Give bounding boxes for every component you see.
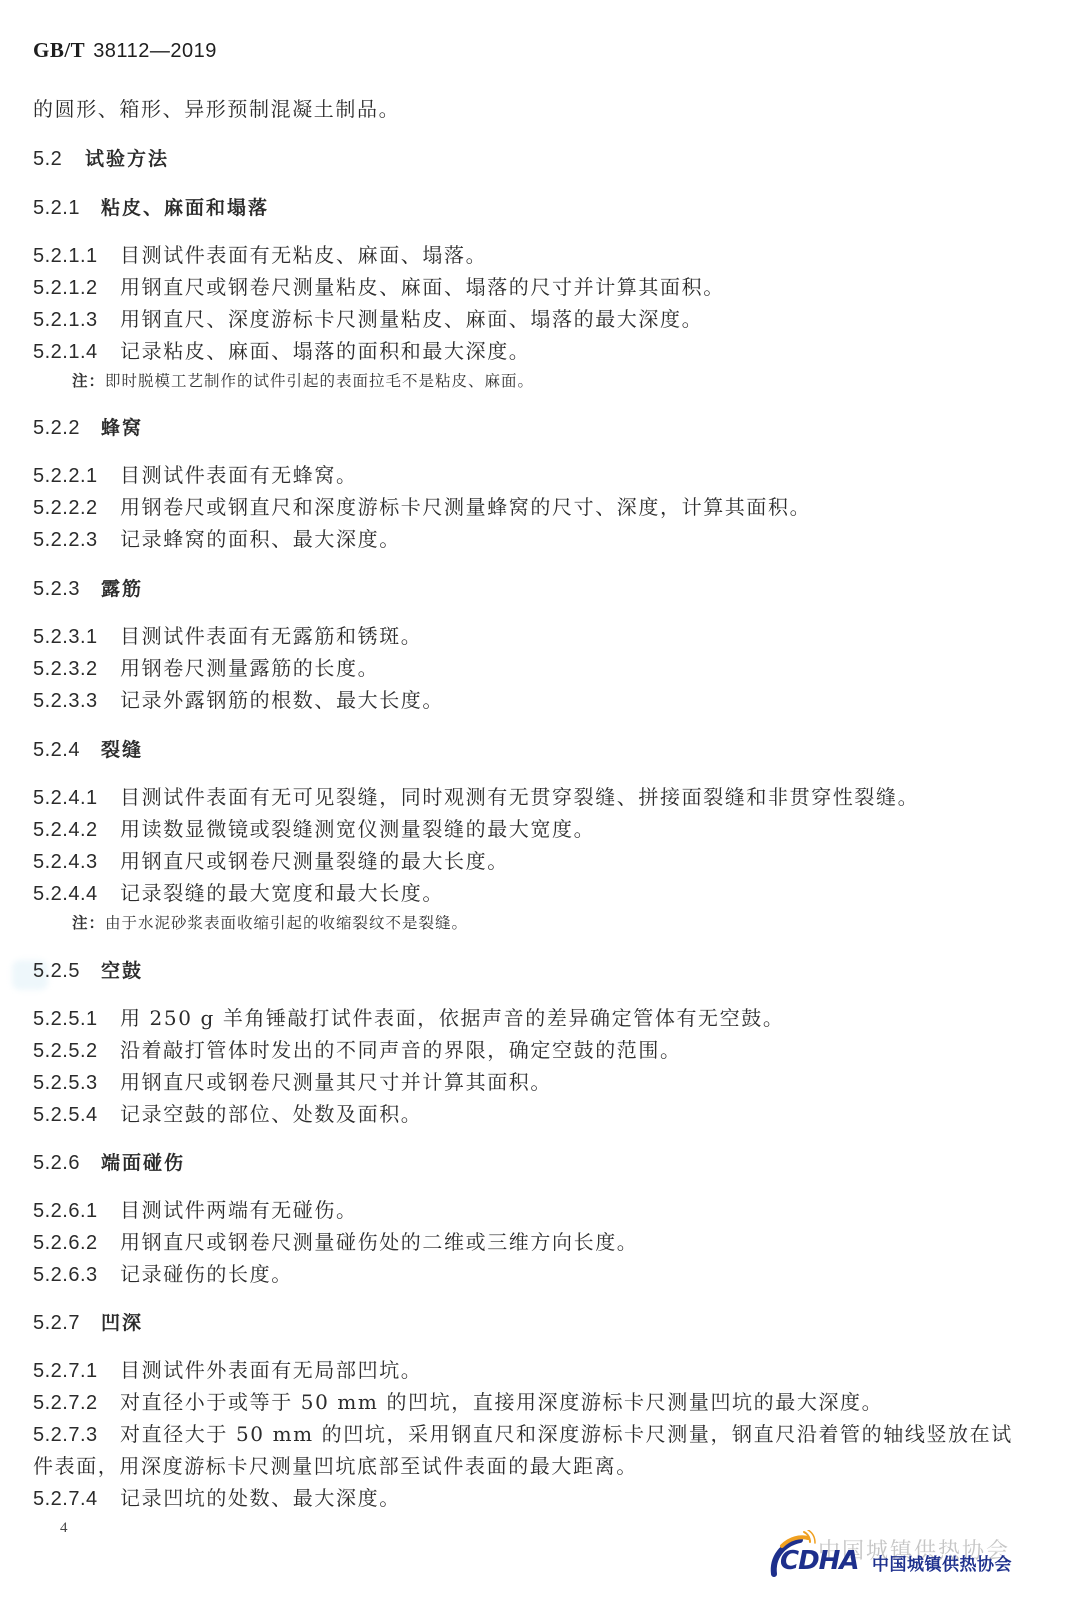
clause-text: 用钢直尺或钢卷尺测量裂缝的最大长度。 [120, 849, 509, 873]
clause-text: 记录粘皮、麻面、塌落的面积和最大深度。 [120, 339, 530, 363]
clause-continuation: 件表面，用深度游标卡尺测量凹坑底部至试件表面的最大距离。 [33, 1453, 638, 1479]
clause: 5.2.7.2对直径小于或等于 50 mm 的凹坑，直接用深度游标卡尺测量凹坑的… [33, 1389, 883, 1416]
continuation-paragraph: 的圆形、箱形、异形预制混凝土制品。 [33, 96, 400, 122]
subsection-title: 裂缝 [101, 739, 143, 761]
clause-number: 5.2.5.3 [33, 1070, 120, 1096]
clause-text: 用钢直尺或钢卷尺测量粘皮、麻面、塌落的尺寸并计算其面积。 [120, 275, 725, 299]
clause: 5.2.5.1用 250 g 羊角锤敲打试件表面，依据声音的差异确定管体有无空鼓… [33, 1005, 784, 1032]
subsection-heading: 5.2.5空鼓 [33, 957, 143, 984]
clause-number: 5.2.2.1 [33, 463, 120, 489]
subsection-title: 露筋 [101, 578, 143, 600]
clause: 5.2.4.3用钢直尺或钢卷尺测量裂缝的最大长度。 [33, 848, 509, 875]
clause-number: 5.2.1.2 [33, 275, 120, 301]
clause: 5.2.4.2用读数显微镜或裂缝测宽仪测量裂缝的最大宽度。 [33, 816, 595, 843]
note-label: 注： [72, 914, 105, 932]
clause-text: 用钢卷尺或钢直尺和深度游标卡尺测量蜂窝的尺寸、深度，计算其面积。 [120, 495, 811, 519]
clause-number: 5.2.6.2 [33, 1230, 120, 1256]
clause: 5.2.2.2用钢卷尺或钢直尺和深度游标卡尺测量蜂窝的尺寸、深度，计算其面积。 [33, 494, 811, 521]
clause: 5.2.1.3用钢直尺、深度游标卡尺测量粘皮、麻面、塌落的最大深度。 [33, 306, 703, 333]
subsection-heading: 5.2.1粘皮、麻面和塌落 [33, 194, 269, 221]
clause-number: 5.2.1.3 [33, 307, 120, 333]
clause: 5.2.5.4记录空鼓的部位、处数及面积。 [33, 1101, 422, 1128]
clause: 5.2.2.3记录蜂窝的面积、最大深度。 [33, 526, 401, 553]
subsection-number: 5.2.5 [33, 958, 101, 984]
standard-header: GB/T38112—2019 [33, 38, 217, 63]
clause-number: 5.2.5.4 [33, 1102, 120, 1128]
clause-text: 对直径大于 50 mm 的凹坑，采用钢直尺和深度游标卡尺测量，钢直尺沿着管的轴线… [120, 1422, 1013, 1446]
clause: 5.2.1.4记录粘皮、麻面、塌落的面积和最大深度。 [33, 338, 530, 365]
page-number: 4 [60, 1520, 68, 1537]
clause: 5.2.4.4记录裂缝的最大宽度和最大长度。 [33, 880, 444, 907]
document-page: GB/T38112—2019 的圆形、箱形、异形预制混凝土制品。 5.2试验方法… [0, 0, 1080, 1612]
subsection-title: 蜂窝 [101, 417, 143, 439]
subsection-number: 5.2.4 [33, 737, 101, 763]
clause-text: 用读数显微镜或裂缝测宽仪测量裂缝的最大宽度。 [120, 817, 595, 841]
clause-number: 5.2.7.2 [33, 1390, 120, 1416]
subsection-number: 5.2.6 [33, 1150, 101, 1176]
note: 注：即时脱模工艺制作的试件引起的表面拉毛不是粘皮、麻面。 [72, 370, 534, 392]
note-text: 即时脱模工艺制作的试件引起的表面拉毛不是粘皮、麻面。 [105, 372, 534, 390]
clause-text: 目测试件表面有无露筋和锈斑。 [120, 624, 422, 648]
clause: 5.2.7.1目测试件外表面有无局部凹坑。 [33, 1357, 422, 1384]
clause-number: 5.2.7.3 [33, 1422, 120, 1448]
clause-number: 5.2.4.3 [33, 849, 120, 875]
clause-number: 5.2.4.4 [33, 881, 120, 907]
watermark-logo: 中国城镇供热协会 CDHA 中国城镇供热协会 [768, 1530, 1068, 1578]
subsection-heading: 5.2.4裂缝 [33, 736, 143, 763]
subsection-heading: 5.2.3露筋 [33, 575, 143, 602]
clause-number: 5.2.7.4 [33, 1486, 120, 1512]
clause: 5.2.3.2用钢卷尺测量露筋的长度。 [33, 655, 379, 682]
clause-text: 目测试件两端有无碰伤。 [120, 1198, 358, 1222]
clause-text: 记录蜂窝的面积、最大深度。 [120, 527, 401, 551]
clause-text: 目测试件表面有无可见裂缝，同时观测有无贯穿裂缝、拼接面裂缝和非贯穿性裂缝。 [120, 785, 919, 809]
clause-text: 记录裂缝的最大宽度和最大长度。 [120, 881, 444, 905]
clause: 5.2.7.3对直径大于 50 mm 的凹坑，采用钢直尺和深度游标卡尺测量，钢直… [33, 1421, 1013, 1448]
subsection-number: 5.2.1 [33, 195, 101, 221]
clause-number: 5.2.5.2 [33, 1038, 120, 1064]
clause-text: 对直径小于或等于 50 mm 的凹坑，直接用深度游标卡尺测量凹坑的最大深度。 [120, 1390, 883, 1414]
clause: 5.2.5.2沿着敲打管体时发出的不同声音的界限，确定空鼓的范围。 [33, 1037, 682, 1064]
note-text: 由于水泥砂浆表面收缩引起的收缩裂纹不是裂缝。 [105, 914, 468, 932]
standard-number: 38112—2019 [93, 40, 217, 62]
note-label: 注： [72, 372, 105, 390]
clause-number: 5.2.3.2 [33, 656, 120, 682]
clause-text: 用钢直尺、深度游标卡尺测量粘皮、麻面、塌落的最大深度。 [120, 307, 703, 331]
clause-text: 目测试件外表面有无局部凹坑。 [120, 1358, 422, 1382]
clause: 5.2.2.1目测试件表面有无蜂窝。 [33, 462, 358, 489]
subsection-number: 5.2.3 [33, 576, 101, 602]
clause-number: 5.2.1.4 [33, 339, 120, 365]
clause-text: 记录碰伤的长度。 [120, 1262, 293, 1286]
clause-text: 用 250 g 羊角锤敲打试件表面，依据声音的差异确定管体有无空鼓。 [120, 1006, 784, 1030]
clause-text: 记录空鼓的部位、处数及面积。 [120, 1102, 422, 1126]
logo-text: CDHA [780, 1546, 859, 1576]
organization-name: 中国城镇供热协会 [872, 1550, 1012, 1575]
subsection-title: 空鼓 [101, 960, 143, 982]
clause-number: 5.2.3.3 [33, 688, 120, 714]
clause: 5.2.6.3记录碰伤的长度。 [33, 1261, 293, 1288]
clause-text: 记录外露钢筋的根数、最大长度。 [120, 688, 444, 712]
clause-text: 目测试件表面有无粘皮、麻面、塌落。 [120, 243, 487, 267]
subsection-heading: 5.2.6端面碰伤 [33, 1149, 185, 1176]
subsection-number: 5.2.7 [33, 1310, 101, 1336]
clause-number: 5.2.2.3 [33, 527, 120, 553]
clause: 5.2.1.1目测试件表面有无粘皮、麻面、塌落。 [33, 242, 487, 269]
clause-number: 5.2.2.2 [33, 495, 120, 521]
clause-text: 沿着敲打管体时发出的不同声音的界限，确定空鼓的范围。 [120, 1038, 682, 1062]
subsection-number: 5.2.2 [33, 415, 101, 441]
clause-number: 5.2.7.1 [33, 1358, 120, 1384]
clause: 5.2.4.1目测试件表面有无可见裂缝，同时观测有无贯穿裂缝、拼接面裂缝和非贯穿… [33, 784, 919, 811]
clause-number: 5.2.4.1 [33, 785, 120, 811]
clause-number: 5.2.3.1 [33, 624, 120, 650]
clause-text: 用钢直尺或钢卷尺测量碰伤处的二维或三维方向长度。 [120, 1230, 638, 1254]
clause-number: 5.2.1.1 [33, 243, 120, 269]
clause-number: 5.2.5.1 [33, 1006, 120, 1032]
standard-prefix: GB/T [33, 38, 85, 62]
section-number: 5.2 [33, 146, 85, 172]
clause-text: 记录凹坑的处数、最大深度。 [120, 1486, 401, 1510]
clause: 5.2.6.1目测试件两端有无碰伤。 [33, 1197, 358, 1224]
subsection-title: 粘皮、麻面和塌落 [101, 197, 269, 219]
clause-text: 目测试件表面有无蜂窝。 [120, 463, 358, 487]
subsection-heading: 5.2.2蜂窝 [33, 414, 143, 441]
clause: 5.2.3.3记录外露钢筋的根数、最大长度。 [33, 687, 444, 714]
clause: 5.2.3.1目测试件表面有无露筋和锈斑。 [33, 623, 422, 650]
clause-text: 用钢直尺或钢卷尺测量其尺寸并计算其面积。 [120, 1070, 552, 1094]
subsection-title: 端面碰伤 [101, 1152, 185, 1174]
clause: 5.2.7.4记录凹坑的处数、最大深度。 [33, 1485, 401, 1512]
clause-text: 用钢卷尺测量露筋的长度。 [120, 656, 379, 680]
subsection-heading: 5.2.7凹深 [33, 1309, 143, 1336]
clause-number: 5.2.6.1 [33, 1198, 120, 1224]
clause-number: 5.2.4.2 [33, 817, 120, 843]
section-heading: 5.2试验方法 [33, 145, 169, 172]
section-title: 试验方法 [85, 148, 169, 170]
note: 注：由于水泥砂浆表面收缩引起的收缩裂纹不是裂缝。 [72, 912, 468, 934]
clause: 5.2.5.3用钢直尺或钢卷尺测量其尺寸并计算其面积。 [33, 1069, 552, 1096]
subsection-title: 凹深 [101, 1312, 143, 1334]
clause: 5.2.1.2用钢直尺或钢卷尺测量粘皮、麻面、塌落的尺寸并计算其面积。 [33, 274, 725, 301]
clause-number: 5.2.6.3 [33, 1262, 120, 1288]
clause: 5.2.6.2用钢直尺或钢卷尺测量碰伤处的二维或三维方向长度。 [33, 1229, 638, 1256]
